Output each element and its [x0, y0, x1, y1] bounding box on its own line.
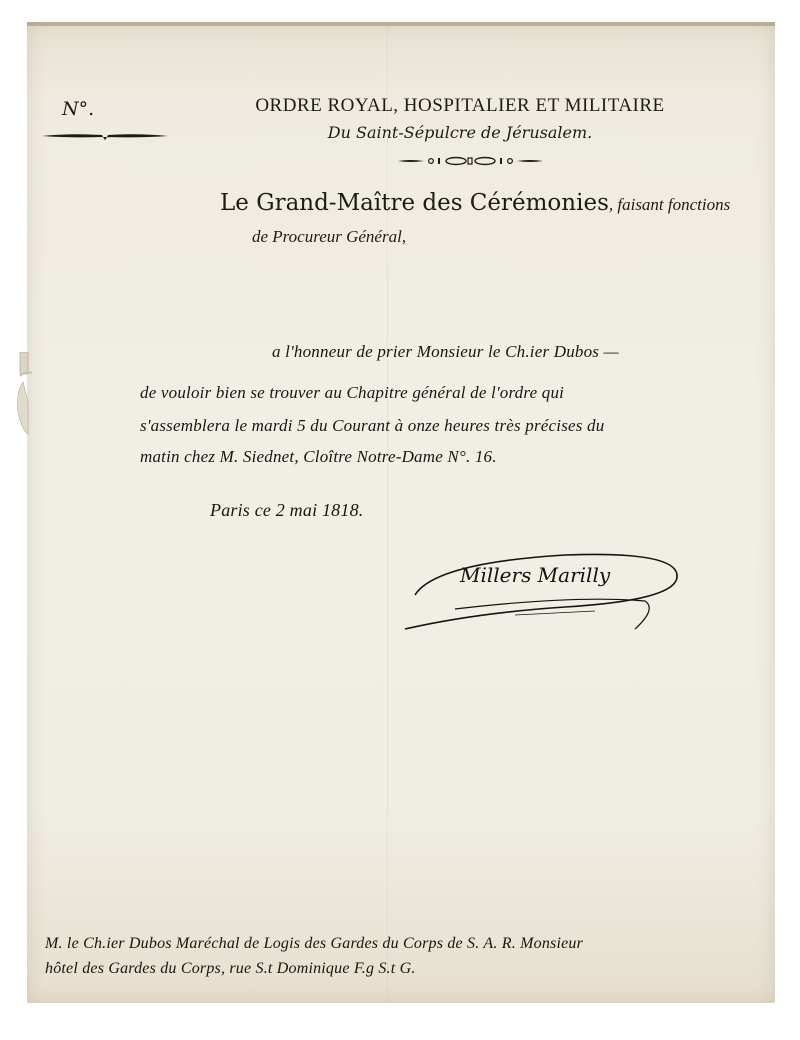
- issuer-title: Le Grand-Maître des Cérémonies: [220, 190, 609, 216]
- issuer-function-line2: de Procureur Général,: [252, 227, 406, 247]
- body-line-2: de vouloir bien se trouver au Chapitre g…: [140, 383, 564, 403]
- order-subtitle: Du Saint-Sépulcre de Jérusalem.: [200, 123, 720, 142]
- signature-flourish: [395, 545, 725, 635]
- address-line-2: hôtel des Gardes du Corps, rue S.t Domin…: [45, 960, 416, 978]
- signature-block: Millers Marilly: [395, 545, 725, 635]
- signature-name: Millers Marilly: [460, 563, 610, 587]
- issuer-function: , faisant fonctions: [609, 195, 730, 214]
- paper-fold-line: [387, 22, 388, 1003]
- order-title: ORDRE ROYAL, HOSPITALIER ET MILITAIRE: [200, 95, 720, 117]
- body-line-1: a l'honneur de prier Monsieur le Ch.ier …: [272, 342, 619, 362]
- date-line: Paris ce 2 mai 1818.: [210, 500, 363, 521]
- document-number-label: N°.: [62, 98, 94, 120]
- document-page: [27, 22, 775, 1003]
- issuer-line: Le Grand-Maître des Cérémonies, faisant …: [220, 190, 730, 216]
- divider-ornament: [398, 155, 543, 167]
- address-line-1: M. le Ch.ier Dubos Maréchal de Logis des…: [45, 935, 583, 953]
- flourish-ornament: [40, 130, 170, 142]
- body-line-3: s'assemblera le mardi 5 du Courant à onz…: [140, 416, 604, 436]
- body-line-4: matin chez M. Siednet, Cloître Notre-Dam…: [140, 447, 497, 467]
- binding-tab: [14, 352, 32, 442]
